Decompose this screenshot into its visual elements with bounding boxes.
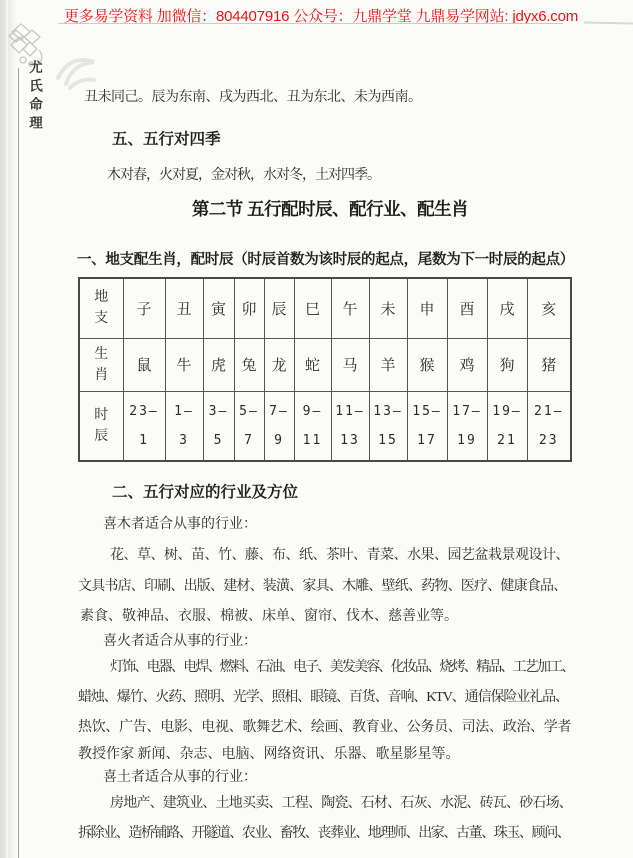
section-five-heading: 五、五行对四季 (112, 127, 221, 149)
table-cell: 丑 (165, 278, 203, 338)
table-cell: 17—19 (447, 391, 487, 461)
earth-line: 拆除业、造桥铺路、开隧道、农业、畜牧、丧葬业、地理师、出家、古董、珠玉、顾问、 (78, 822, 569, 842)
zodiac-hours-table: 地支子丑寅卯辰巳午未申酉戌亥生肖鼠牛虎兔龙蛇马羊猴鸡狗猪时辰23—11—33—5… (78, 277, 572, 462)
table-cell: 龙 (264, 338, 294, 391)
table-cell: 虎 (203, 338, 234, 391)
fire-line: 灯饰、电器、电焊、燃料、石油、电子、美发美容、化妆品、烧烤、精品、工艺加工、 (110, 656, 574, 676)
table-cell: 21—23 (527, 391, 571, 461)
table-cell: 23—1 (123, 391, 165, 461)
table-cell: 鼠 (123, 338, 165, 391)
table-cell: 牛 (165, 338, 203, 391)
fire-line: 教授作家 新闻、杂志、电脑、网络资讯、乐器、歌星影星等。 (78, 743, 460, 763)
table-cell: 15—17 (407, 391, 447, 461)
table-cell: 狗 (487, 338, 527, 391)
fire-line: 蜡烛、爆竹、火药、照明、光学、照相、眼镜、百货、音响、KTV、通信保险业礼品、 (78, 686, 568, 706)
subsection-two-heading: 二、五行对应的行业及方位 (112, 480, 298, 502)
promo-underline-right (584, 21, 633, 24)
table-cell: 辰 (264, 278, 294, 338)
table-cell: 13—15 (369, 391, 407, 461)
table-cell: 羊 (369, 338, 407, 391)
table-cell: 酉 (447, 278, 487, 338)
earth-line: 房地产、建筑业、土地买卖、工程、陶瓷、石材、石灰、水泥、砖瓦、砂石场、 (110, 792, 572, 812)
table-cell: 7—9 (264, 391, 294, 461)
table-cell: 亥 (527, 278, 571, 338)
table-cell: 寅 (203, 278, 234, 338)
table-row: 生肖鼠牛虎兔龙蛇马羊猴鸡狗猪 (79, 338, 571, 391)
table-cell: 午 (331, 278, 369, 338)
table-cell: 猪 (527, 338, 571, 391)
table-cell: 蛇 (294, 338, 331, 391)
table-cell: 5—7 (234, 391, 264, 461)
chapter-title: 第二节 五行配时辰、配行业、配生肖 (84, 196, 576, 221)
fire-line: 热饮、广告、电影、电视、歌舞艺术、绘画、教育业、公务员、司法、政治、学者 (78, 716, 571, 736)
table-cell: 申 (407, 278, 447, 338)
table-cell: 马 (331, 338, 369, 391)
wood-line: 素食、敬神品、衣服、棉被、床单、窗帘、伐木、慈善业等。 (80, 605, 458, 625)
scanned-book-page: 尤氏命理 更多易学资料 加微信：804407916 公众号：九鼎学堂 九鼎易学网… (0, 0, 633, 858)
table-cell: 1—3 (165, 391, 203, 461)
table-cell: 戌 (487, 278, 527, 338)
promo-underline (58, 23, 563, 24)
table-cell: 子 (123, 278, 165, 338)
table-cell: 兔 (234, 338, 264, 391)
wood-heading: 喜木者适合从事的行业： (103, 513, 257, 533)
section-five-line: 木对春，火对夏，金对秋，水对冬，土对四季。 (107, 164, 380, 184)
earth-heading: 喜土者适合从事的行业： (103, 766, 257, 786)
wood-line: 文具书店、印刷、出版、建材、装潢、家具、木雕、壁纸、药物、医疗、健康食品、 (78, 575, 566, 595)
table-cell: 11—13 (331, 391, 369, 461)
table-cell: 未 (369, 278, 407, 338)
table-cell: 19—21 (487, 391, 527, 461)
book-side-title: 尤氏命理 (24, 60, 44, 134)
margin-rule (18, 68, 19, 858)
table-cell: 9—11 (294, 391, 331, 461)
fire-heading: 喜火者适合从事的行业： (103, 630, 257, 650)
row-header: 时辰 (79, 391, 123, 461)
table-cell: 卯 (234, 278, 264, 338)
row-header: 地支 (79, 278, 123, 338)
table-cell: 鸡 (447, 338, 487, 391)
table-cell: 猴 (407, 338, 447, 391)
table-row: 地支子丑寅卯辰巳午未申酉戌亥 (79, 278, 571, 338)
subsection-one-heading: 一、地支配生肖，配时辰（时辰首数为该时辰的起点，尾数为下一时辰的起点） (77, 248, 574, 269)
table-row: 时辰23—11—33—55—77—99—1111—1313—1515—1717—… (79, 391, 571, 461)
wood-line: 花、草、树、苗、竹、藤、布、纸、茶叶、青菜、水果、园艺盆栽景观设计、 (110, 544, 569, 564)
row-header: 生肖 (79, 338, 123, 391)
intro-line: 丑未同己。辰为东南、戌为西北、丑为东北、未为西南。 (84, 86, 422, 106)
table-cell: 巳 (294, 278, 331, 338)
table-cell: 3—5 (203, 391, 234, 461)
scan-edge (0, 0, 17, 858)
